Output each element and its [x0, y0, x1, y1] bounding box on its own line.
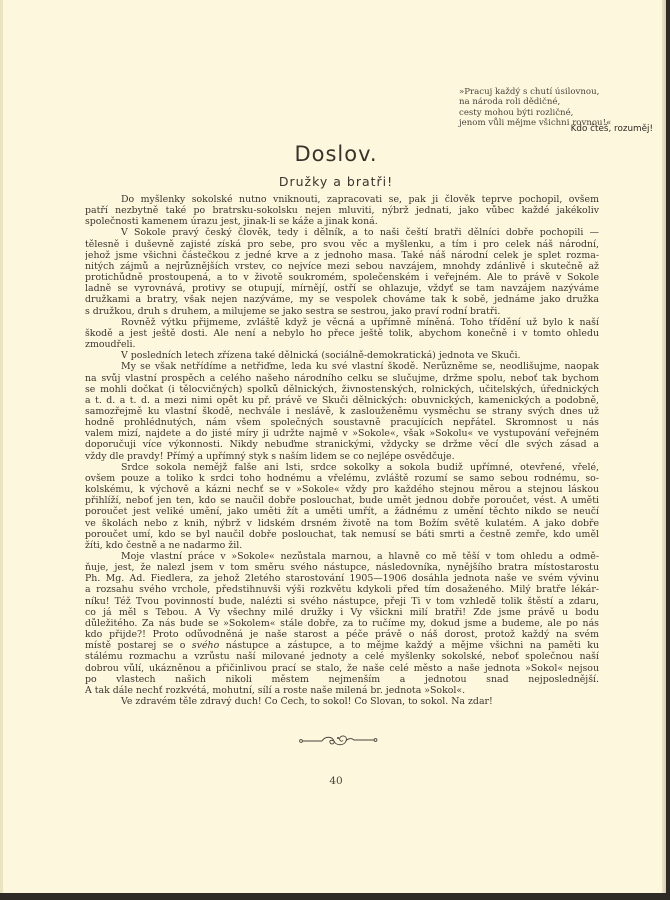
- page-number: 40: [3, 775, 669, 787]
- text-line: kolskému, k výchově a kázni nechť se v »…: [85, 484, 599, 495]
- text-line: ve školách nebo z knih, nýbrž v lidském …: [85, 518, 599, 529]
- text-line: ladně se vyrovnává, protivy se otupují, …: [85, 283, 599, 294]
- text-line: valem mizí, najdete a do jisté míry ji u…: [85, 428, 599, 439]
- text-line: Ve zdravém těle zdravý duch! Co Čech, to…: [85, 696, 599, 707]
- text-line: a rozsahu svého vrchole, předstihnuvši v…: [85, 584, 599, 595]
- text-line: samozřejmě ku vlastní škodě, nechvále i …: [85, 406, 599, 417]
- epigraph-line: na národa roli dědičné,: [459, 97, 659, 107]
- text-line: protichůdně prostoupená, a to v životě s…: [85, 272, 599, 283]
- book-page: »Pracuj každý s chutí úsilovnou, na náro…: [0, 0, 666, 893]
- text-line: co já měl s Tebou. A Vy všechny milé dru…: [85, 607, 599, 618]
- text-line: ňuje, jest, že nalezl jsem v tom směru s…: [85, 562, 599, 573]
- text-line: družkami a bratry, však nejen nazýváme, …: [85, 294, 599, 305]
- text-line: přihlíží, neboť jen ten, kdo se naučil d…: [85, 495, 599, 506]
- text-line: stálému rozmachu a vzrůstu naší milované…: [85, 651, 599, 662]
- text-line: na svůj vlastní prospěch a celého našeho…: [85, 373, 599, 384]
- text-line: místě postarej se o svého nástupce a zás…: [85, 640, 599, 651]
- text-line: V posledních letech zřízena také dělnick…: [85, 350, 599, 361]
- text-line: dobrou vůlí, ukázněnou a přičinlivou pra…: [85, 663, 599, 674]
- page-title: Doslov.: [3, 142, 669, 166]
- text-line: zmoudřeli.: [85, 339, 599, 350]
- text-line: kdo přijde?! Proto odůvodněná je naše st…: [85, 629, 599, 640]
- epigraph-verse: »Pracuj každý s chutí úsilovnou, na náro…: [459, 87, 659, 129]
- text-line: doporučuji více výkonnosti. Nikdy nebuďm…: [85, 439, 599, 450]
- text-line: V Sokole pravý český člověk, tedy i děln…: [85, 227, 599, 238]
- text-line: a t. d. a t. d. a mezi nimi opět ku př. …: [85, 395, 599, 406]
- text-line: s družkou, druh s druhem, a milujeme se …: [85, 306, 599, 317]
- text-line: My se však netřídíme a netřiďme, leda ku…: [85, 361, 599, 372]
- text-line: Moje vlastní práce v »Sokole« nezůstala …: [85, 551, 599, 562]
- text-line: vždy dle pravdy! Přímý a upřímný styk s …: [85, 451, 599, 462]
- text-line: Do myšlenky sokolské nutno vniknouti, za…: [85, 194, 599, 205]
- text-line: nitých zájmů a nejrůznějších vrstev, co …: [85, 261, 599, 272]
- text-line: tělesně i duševně zajisté získá pro sebe…: [85, 239, 599, 250]
- text-line: škodě a jest ještě dosti. Ale není a neb…: [85, 328, 599, 339]
- text-line: se mohli dočkat (i tělocvičných) spolků …: [85, 384, 599, 395]
- text-line: po vlastech našich nikoli městem nejmenš…: [85, 674, 599, 685]
- text-line: ovšem pouze a toliko k srdci toho hodném…: [85, 473, 599, 484]
- text-line: patří nezbytně také po bratrsku-sokolsku…: [85, 205, 599, 216]
- epigraph-signature: Kdo čteš, rozuměj!: [459, 124, 653, 134]
- body-text: Do myšlenky sokolské nutno vniknouti, za…: [85, 194, 599, 707]
- text-line: důležitého. Za nás bude se »Sokolem« stá…: [85, 618, 599, 629]
- text-line: Ph. Mg. Ad. Fiedlera, za jehož 2letého s…: [85, 573, 599, 584]
- text-line: A tak dále nechť rozkvétá, mohutní, sílí…: [85, 685, 599, 696]
- text-line: poroučet jest veliké umění, jako uměti ž…: [85, 506, 599, 517]
- salutation-heading: Družky a bratři!: [3, 174, 669, 189]
- text-line: společnosti kamenem úrazu jest, jinak-li…: [85, 216, 599, 227]
- text-line: Rovněž výtku přijmeme, zvláště když je v…: [85, 317, 599, 328]
- epigraph-line: »Pracuj každý s chutí úsilovnou,: [459, 87, 659, 97]
- text-line: jehož jsme všichni částečkou z jedné krv…: [85, 250, 599, 261]
- scroll-flourish-icon: [298, 733, 378, 749]
- text-line: žíti, kdo čestně a ne nadarmo žil.: [85, 540, 599, 551]
- epigraph-line: cesty mohou býti rozličné,: [459, 108, 659, 118]
- text-line: hodně prohlédnutých, nám všem společných…: [85, 417, 599, 428]
- text-line: níku! Též Tvou povinností bude, nalézti …: [85, 596, 599, 607]
- text-line: poroučet umí, kdo se byl naučil dobře po…: [85, 529, 599, 540]
- text-line: Srdce sokola nemějž falše ani lsti, srdc…: [85, 462, 599, 473]
